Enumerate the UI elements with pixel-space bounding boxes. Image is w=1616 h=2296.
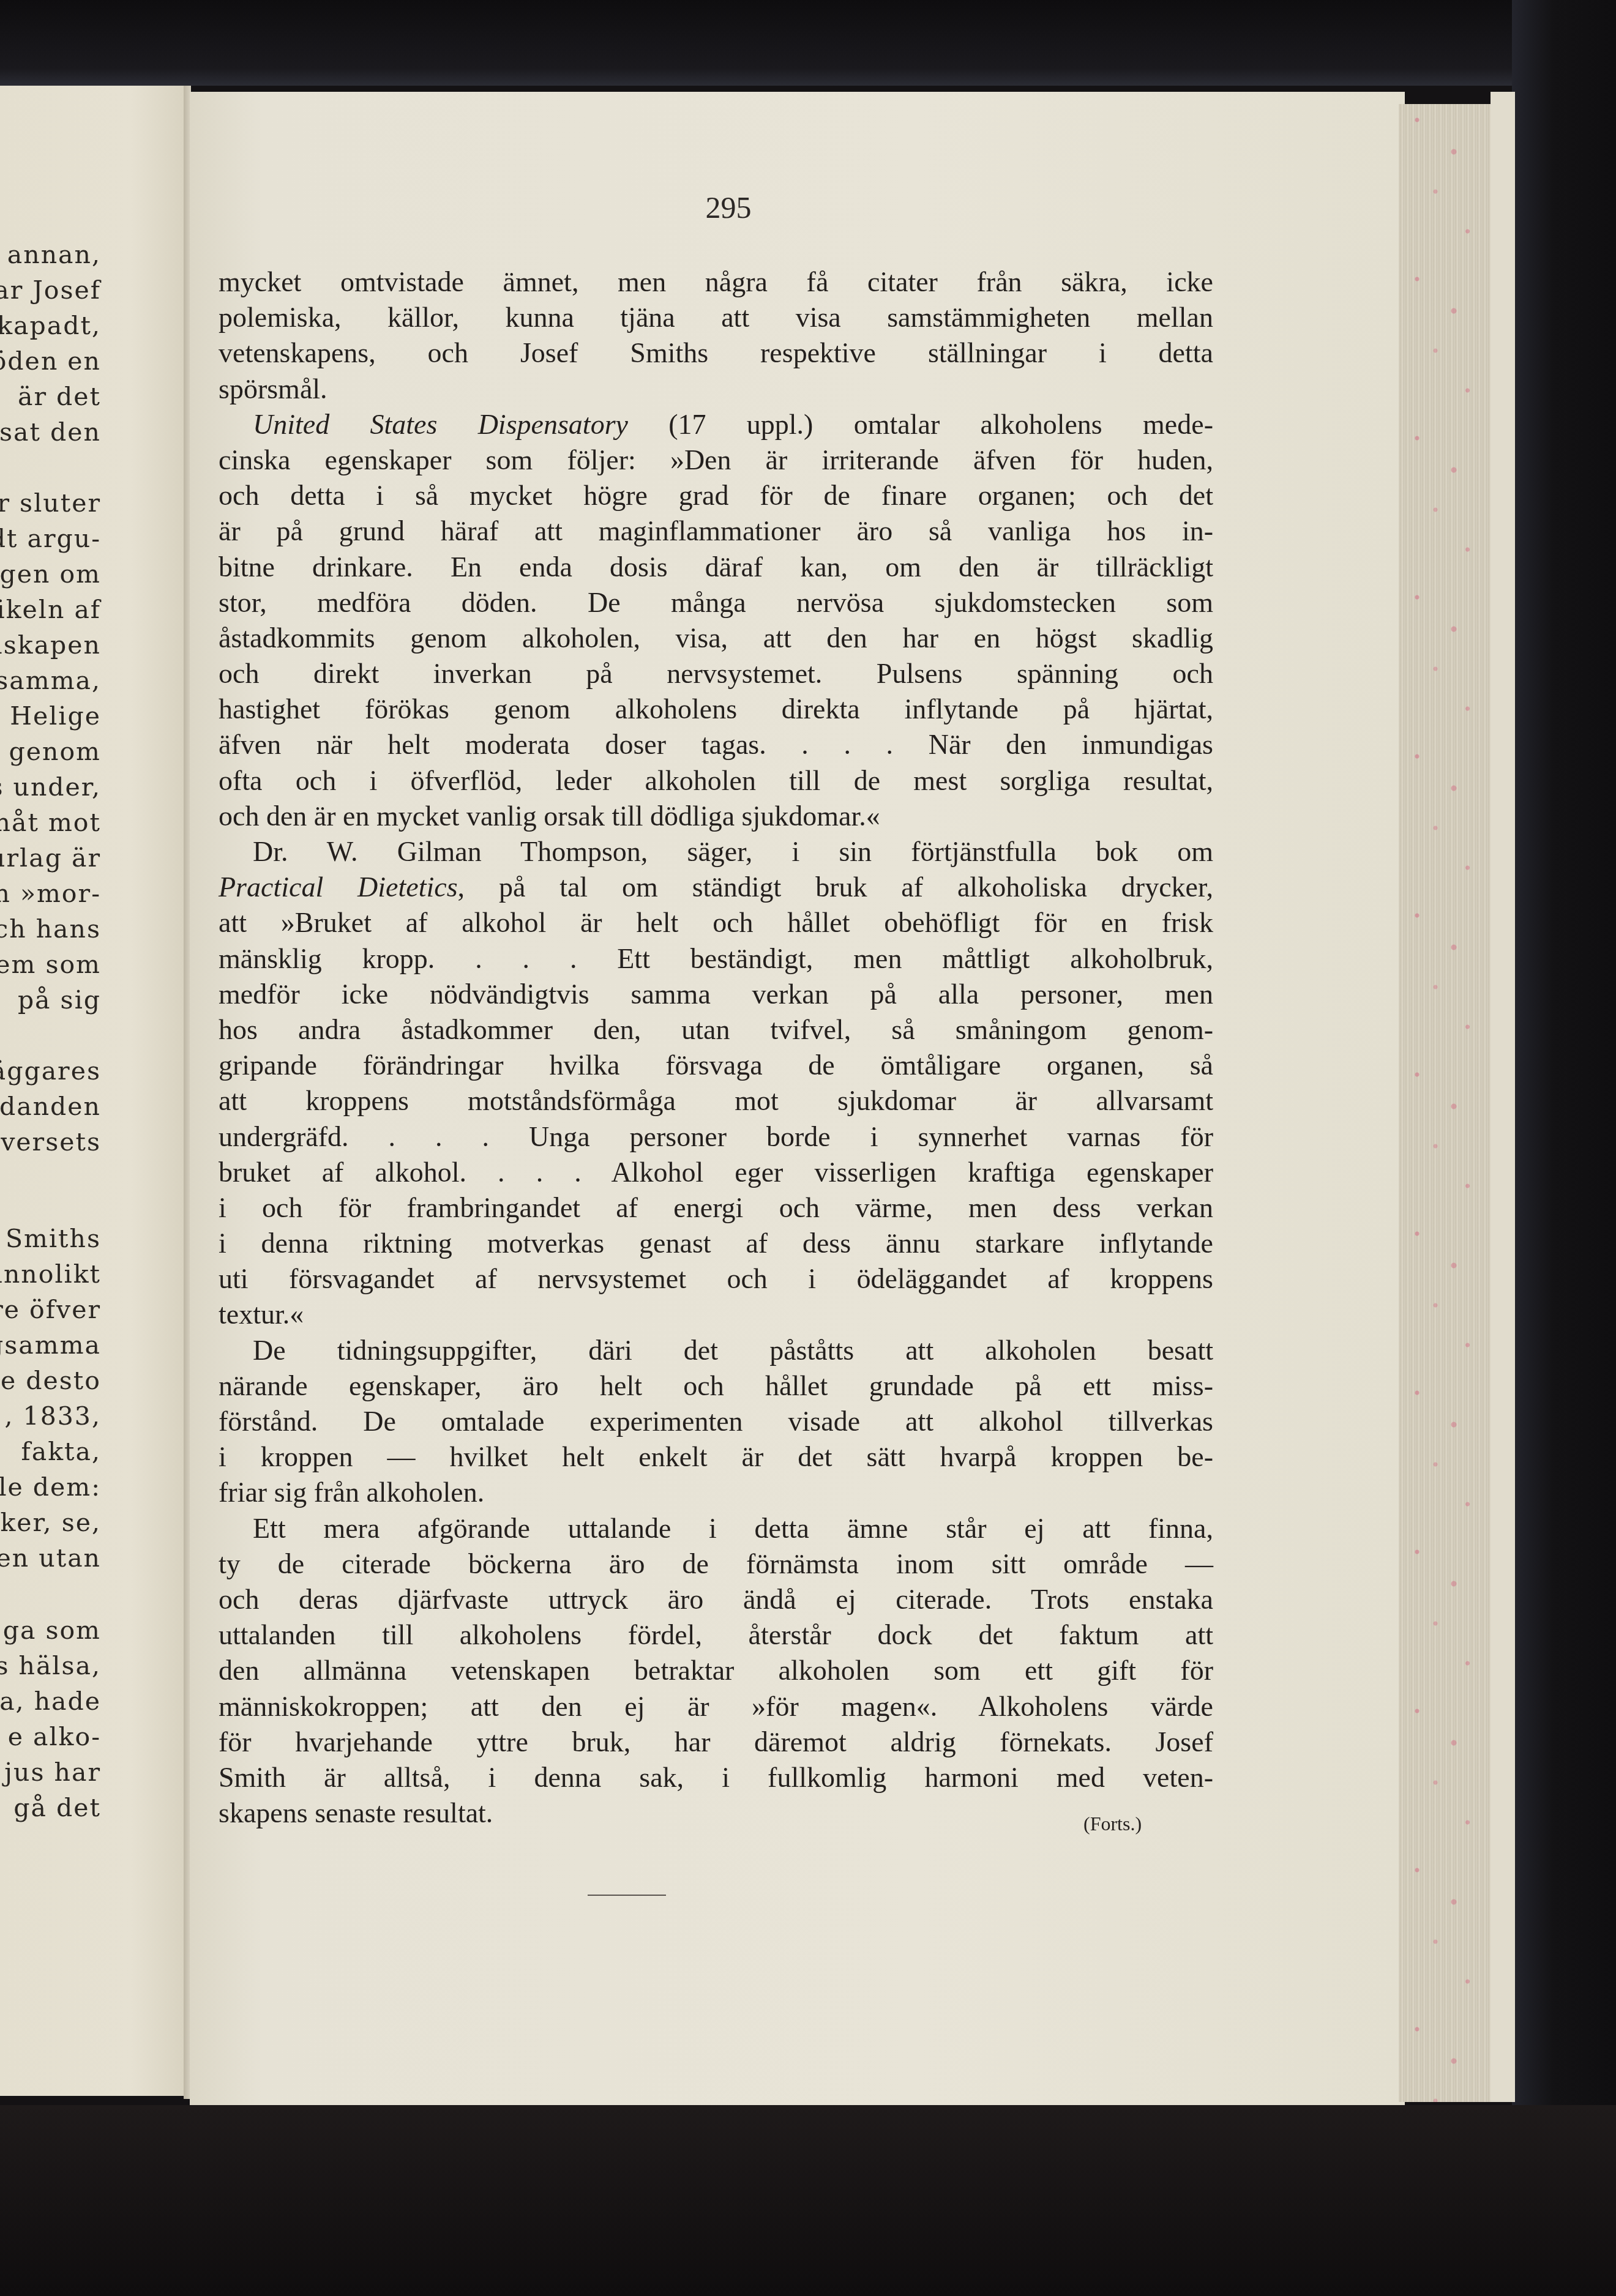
page-number: 295 bbox=[679, 190, 777, 225]
text-line: närande egenskaper, äro helt och hållet … bbox=[219, 1368, 1213, 1404]
left-page-line: annolikt bbox=[0, 1259, 101, 1289]
left-page-line: en utan bbox=[0, 1543, 101, 1573]
text-line: Smith är alltså, i denna sak, i fullkoml… bbox=[219, 1760, 1213, 1795]
left-page-line: , 1833, bbox=[0, 1401, 101, 1431]
left-page-line: n »mor- bbox=[0, 879, 101, 908]
left-page-line: gå det bbox=[0, 1793, 101, 1822]
left-page-line: på sig bbox=[0, 985, 101, 1015]
text-line: att »Bruket af alkohol är helt och hålle… bbox=[219, 905, 1213, 941]
left-page-line: a, hade bbox=[0, 1687, 101, 1716]
text-line: människokroppen; att den ej är »för mage… bbox=[219, 1689, 1213, 1724]
left-page-line: ke desto bbox=[0, 1366, 101, 1395]
text-line: och detta i så mycket högre grad för de … bbox=[219, 478, 1213, 513]
left-page-line: läggares bbox=[0, 1056, 101, 1086]
left-page-line: e alko- bbox=[0, 1722, 101, 1751]
left-page-line: r sluter bbox=[0, 488, 101, 518]
text-line: gripande förändringar hvilka försvaga de… bbox=[219, 1048, 1213, 1083]
text-line: uttalanden till alkoholens fördel, åters… bbox=[219, 1617, 1213, 1653]
body-text: mycket omtvistade ämnet, men några få ci… bbox=[219, 264, 1213, 1831]
text-line: ofta och i öfverflöd, leder alkoholen ti… bbox=[219, 763, 1213, 799]
endpaper-edge bbox=[1491, 92, 1515, 2102]
left-page-fragment: annan,ar Josefskapadt,öden enär detsat d… bbox=[0, 86, 187, 2096]
left-page-line: ikeln af bbox=[0, 595, 101, 624]
left-page-line: s hälsa, bbox=[0, 1651, 101, 1680]
left-page-line: ga som bbox=[0, 1616, 101, 1645]
text-line: textur.« bbox=[219, 1297, 1213, 1332]
left-page-line: em som bbox=[0, 950, 101, 979]
left-page-line: s under, bbox=[0, 772, 101, 802]
text-line: bruket af alkohol. . . . Alkohol eger vi… bbox=[219, 1155, 1213, 1190]
text-line: i denna riktning motverkas genast af des… bbox=[219, 1226, 1213, 1261]
text-line: ty de citerade böckerna äro de förnämsta… bbox=[219, 1546, 1213, 1582]
left-page-line: re öfver bbox=[0, 1295, 101, 1324]
left-page-line: gsamma bbox=[0, 1330, 101, 1360]
text-line: den allmänna vetenskapen betraktar alkoh… bbox=[219, 1653, 1213, 1688]
left-page-line: urlag är bbox=[0, 843, 101, 873]
left-page-line: annan, bbox=[0, 240, 101, 269]
page-block-edges bbox=[1399, 104, 1491, 2102]
text-line: polemiska, källor, kunna tjäna att visa … bbox=[219, 300, 1213, 335]
text-line: mycket omtvistade ämnet, men några få ci… bbox=[219, 264, 1213, 300]
text-line: bitne drinkare. En enda dosis däraf kan,… bbox=[219, 550, 1213, 585]
end-rule-divider bbox=[588, 1895, 666, 1896]
text-line: att kroppens motståndsförmåga mot sjukdo… bbox=[219, 1083, 1213, 1119]
left-page-line: le dem: bbox=[0, 1472, 101, 1502]
text-line: spörsmål. bbox=[219, 371, 1213, 407]
text-line: mänsklig kropp. . . . Ett beständigt, me… bbox=[219, 941, 1213, 977]
text-line: skapens senaste resultat. bbox=[219, 1795, 1213, 1831]
text-line: för hvarjehande yttre bruk, har däremot … bbox=[219, 1724, 1213, 1760]
book-cover-bottom bbox=[0, 2105, 1616, 2296]
left-page-line: skapadt, bbox=[0, 311, 101, 340]
text-line: medför icke nödvändigtvis samma verkan p… bbox=[219, 977, 1213, 1012]
text-line: Dr. W. Gilman Thompson, säger, i sin för… bbox=[219, 834, 1213, 870]
text-line: Practical Dietetics, på tal om ständigt … bbox=[219, 870, 1213, 905]
text-line: uti försvagandet af nervsystemet och i ö… bbox=[219, 1261, 1213, 1297]
left-page-line: ar Josef bbox=[0, 275, 101, 305]
book-title-italic: Practical Dietetics bbox=[219, 871, 458, 903]
left-page-line: nåt mot bbox=[0, 808, 101, 837]
text-line: är på grund häraf att maginflammationer … bbox=[219, 513, 1213, 549]
book-cover-right bbox=[1512, 0, 1616, 2296]
left-page-line: öden en bbox=[0, 346, 101, 376]
left-page-line: ch hans bbox=[0, 914, 101, 944]
left-page-line: är det bbox=[0, 382, 101, 411]
text-line: United States Dispensatory (17 uppl.) om… bbox=[219, 407, 1213, 442]
left-page-line: sat den bbox=[0, 417, 101, 447]
left-page-line: fakta, bbox=[0, 1437, 101, 1466]
left-page-line: ker, se, bbox=[0, 1508, 101, 1537]
text-line: undergräfd. . . . Unga personer borde i … bbox=[219, 1119, 1213, 1155]
left-page-line: dt argu- bbox=[0, 524, 101, 553]
text-line: cinska egenskaper som följer: »Den är ir… bbox=[219, 442, 1213, 478]
left-page-line: gen om bbox=[0, 559, 101, 589]
text-line: hastighet förökas genom alkoholens direk… bbox=[219, 691, 1213, 727]
text-line: Ett mera afgörande uttalande i detta ämn… bbox=[219, 1511, 1213, 1546]
text-line-rest: , på tal om ständigt bruk af alkoholiska… bbox=[458, 871, 1213, 903]
left-page-line: Helige bbox=[0, 701, 101, 731]
text-line-rest: (17 uppl.) omtalar alkoholens mede- bbox=[628, 409, 1213, 440]
continuation-mark: (Forts.) bbox=[1083, 1813, 1142, 1835]
text-line: i kroppen — hvilket helt enkelt är det s… bbox=[219, 1439, 1213, 1475]
left-page-line: genom bbox=[0, 737, 101, 766]
text-line: och deras djärfvaste uttryck äro ändå ej… bbox=[219, 1582, 1213, 1617]
text-line: förstånd. De omtalade experimenten visad… bbox=[219, 1404, 1213, 1439]
text-line: De tidningsuppgifter, däri det påståtts … bbox=[219, 1333, 1213, 1368]
book-cover-top bbox=[0, 0, 1616, 86]
text-line: stor, medföra döden. De många nervösa sj… bbox=[219, 585, 1213, 621]
text-line: i och för frambringandet af energi och v… bbox=[219, 1190, 1213, 1226]
left-page-line: Smiths bbox=[0, 1224, 101, 1253]
text-line: vetenskapens, och Josef Smiths respektiv… bbox=[219, 335, 1213, 371]
left-page-line: samma, bbox=[0, 666, 101, 695]
left-page-line: jus har bbox=[0, 1757, 101, 1787]
text-line: friar sig från alkoholen. bbox=[219, 1475, 1213, 1510]
text-line: och direkt inverkan på nervsystemet. Pul… bbox=[219, 656, 1213, 691]
text-line: hos andra åstadkommer den, utan tvifvel,… bbox=[219, 1012, 1213, 1048]
left-page-line: idanden bbox=[0, 1092, 101, 1121]
book-title-italic: United States Dispensatory bbox=[253, 409, 628, 440]
text-line: åstadkommits genom alkoholen, visa, att … bbox=[219, 621, 1213, 656]
text-line: och den är en mycket vanlig orsak till d… bbox=[219, 799, 1213, 834]
left-page-line: iversets bbox=[0, 1127, 101, 1157]
left-page-line: nskapen bbox=[0, 630, 101, 660]
text-line: äfven när helt moderata doser tagas. . .… bbox=[219, 727, 1213, 762]
